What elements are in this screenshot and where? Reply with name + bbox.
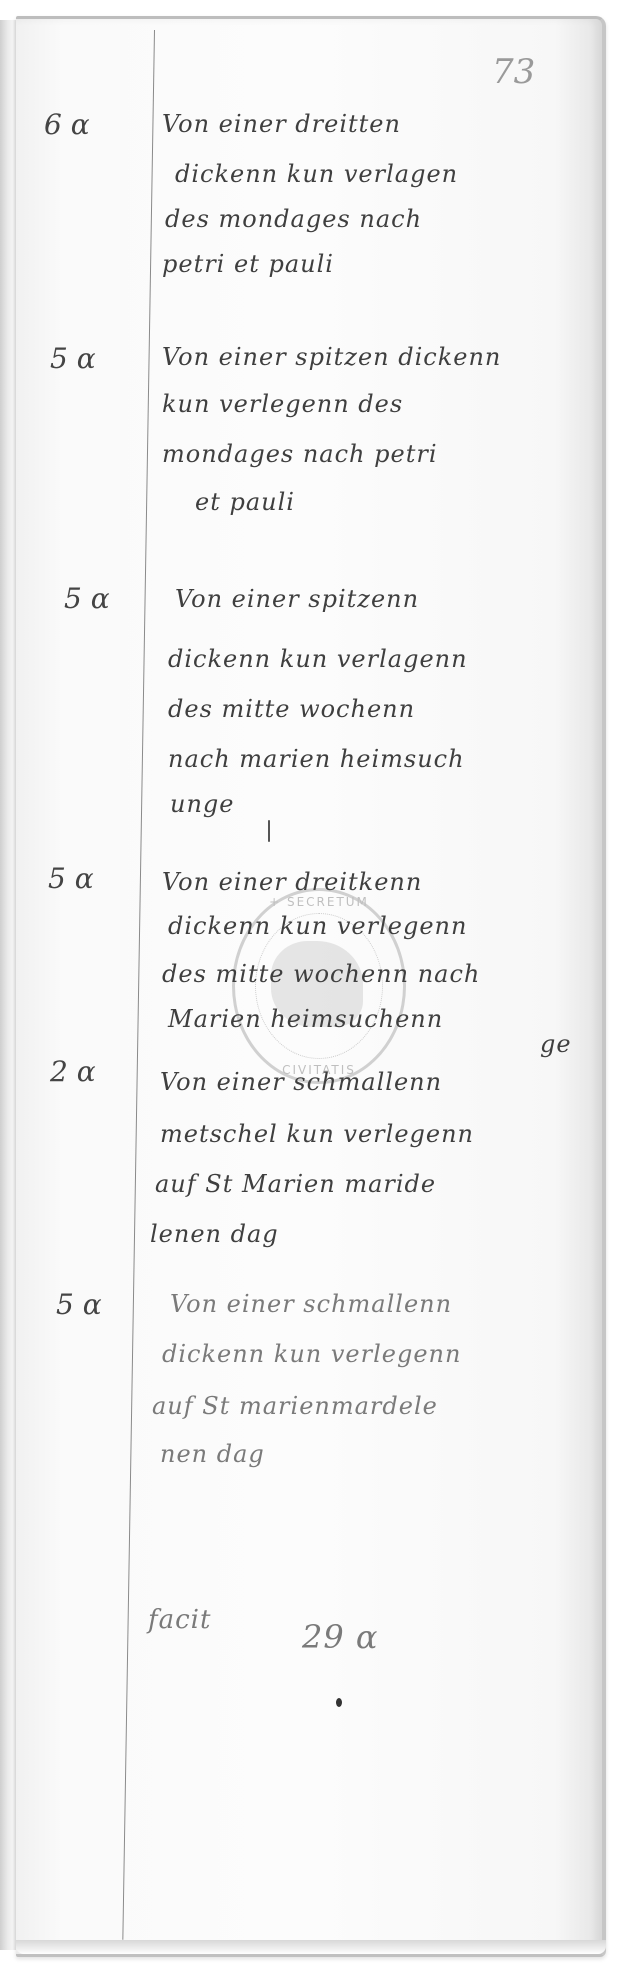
entry-line: Von einer dreitkenn bbox=[162, 868, 422, 896]
entry-amount: 6 ɑ bbox=[44, 108, 90, 141]
entry-line: lenen dag bbox=[150, 1220, 279, 1248]
entry-line: unge bbox=[170, 790, 234, 818]
entry-line: auf St Marien maride bbox=[155, 1170, 436, 1198]
entry-line: des mondages nach bbox=[165, 205, 422, 233]
entry-line: Marien heimsuchenn bbox=[168, 1005, 443, 1033]
entry-line: ge bbox=[540, 1030, 572, 1058]
entry-line: Von einer spitzenn bbox=[175, 585, 419, 613]
total-label: facit bbox=[148, 1605, 211, 1635]
entry-line: des mitte wochenn bbox=[168, 695, 415, 723]
entry-amount: 5 ɑ bbox=[50, 342, 96, 375]
ink-mark bbox=[268, 820, 270, 842]
total-amount: 29 ɑ bbox=[302, 1618, 379, 1656]
entry-line: des mitte wochenn nach bbox=[162, 960, 480, 988]
entry-amount: 5 ɑ bbox=[64, 582, 110, 615]
ink-dot bbox=[336, 1698, 342, 1707]
entry-amount: 2 ɑ bbox=[50, 1055, 96, 1088]
entry-line: nach marien heimsuch bbox=[168, 745, 465, 773]
entry-line: et pauli bbox=[195, 488, 295, 516]
entry-line: dickenn kun verlegenn bbox=[168, 912, 467, 940]
entry-line: dickenn kun verlagenn bbox=[168, 645, 468, 673]
entry-line: Von einer schmallenn bbox=[160, 1068, 442, 1096]
page-bottom-edge bbox=[16, 1940, 606, 1954]
entry-line: kun verlegenn des bbox=[162, 390, 403, 418]
entry-line: Von einer dreitten bbox=[162, 110, 401, 138]
entry-line: mondages nach petri bbox=[162, 440, 438, 468]
seal-legend-top: + SECRETUM bbox=[235, 895, 403, 909]
entry-line: nen dag bbox=[160, 1440, 265, 1468]
entry-amount: 5 ɑ bbox=[56, 1288, 102, 1321]
entry-line: metschel kun verlegenn bbox=[160, 1120, 474, 1148]
entry-amount: 5 ɑ bbox=[48, 862, 94, 895]
folio-number: 73 bbox=[492, 52, 535, 92]
entry-line: Von einer spitzen dickenn bbox=[162, 343, 501, 371]
entry-line: auf St marienmardele bbox=[152, 1392, 438, 1420]
entry-line: dickenn kun verlagen bbox=[175, 160, 458, 188]
entry-line: Von einer schmallenn bbox=[170, 1290, 452, 1318]
entry-line: dickenn kun verlegenn bbox=[162, 1340, 461, 1368]
entry-line: petri et pauli bbox=[162, 250, 334, 278]
